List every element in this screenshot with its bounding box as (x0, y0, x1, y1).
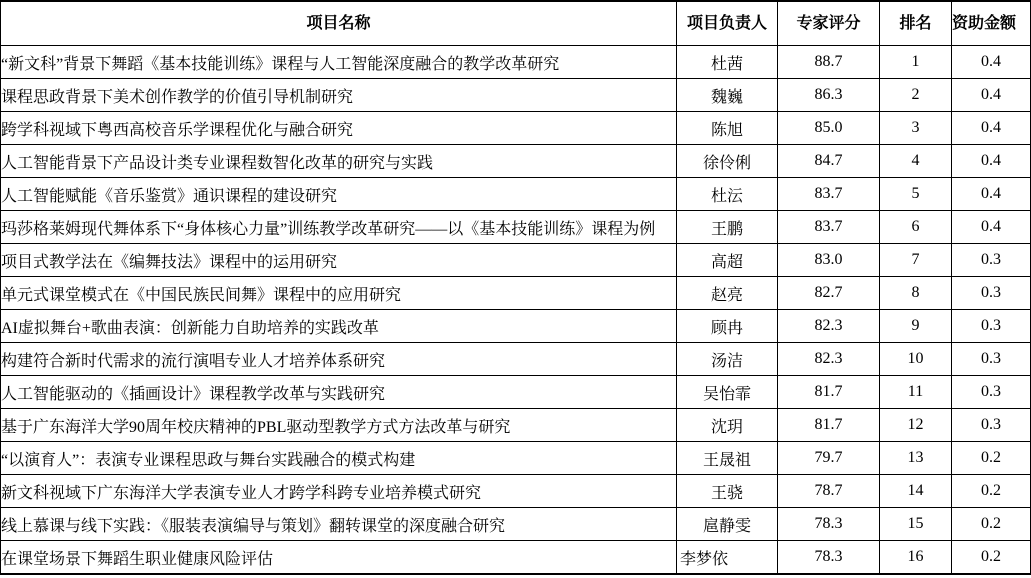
rank-cell: 12 (880, 409, 952, 442)
expert-score-cell: 84.7 (778, 145, 880, 178)
expert-score-cell: 78.7 (778, 475, 880, 508)
project-name-cell: AI虚拟舞台+歌曲表演：创新能力自助培养的实践改革 (1, 310, 677, 343)
project-leader-cell: 王骁 (677, 475, 778, 508)
expert-score-cell: 82.7 (778, 277, 880, 310)
table-row: 人工智能背景下产品设计类专业课程数智化改革的研究与实践 徐伶俐 84.7 4 0… (1, 145, 1031, 178)
funding-cell: 0.3 (952, 343, 1031, 376)
project-name-cell: 在课堂场景下舞蹈生职业健康风险评估 (1, 541, 677, 575)
table-row: “以演育人”：表演专业课程思政与舞台实践融合的模式构建 王晟祖 79.7 13 … (1, 442, 1031, 475)
funding-cell: 0.4 (952, 178, 1031, 211)
funding-cell: 0.2 (952, 508, 1031, 541)
project-name-cell: 跨学科视域下粤西高校音乐学课程优化与融合研究 (1, 112, 677, 145)
project-name-cell: 新文科视域下广东海洋大学表演专业人才跨学科跨专业培养模式研究 (1, 475, 677, 508)
table-row: 构建符合新时代需求的流行演唱专业人才培养体系研究 汤洁 82.3 10 0.3 (1, 343, 1031, 376)
project-leader-cell: 王鹏 (677, 211, 778, 244)
header-project-name: 项目名称 (1, 1, 677, 46)
expert-score-cell: 85.0 (778, 112, 880, 145)
rank-cell: 6 (880, 211, 952, 244)
project-name-cell: “新文科”背景下舞蹈《基本技能训练》课程与人工智能深度融合的教学改革研究 (1, 46, 677, 79)
project-leader-cell: 顾冉 (677, 310, 778, 343)
header-row: 项目名称 项目负责人 专家评分 排名 资助金额 （万元） (1, 1, 1031, 46)
funding-cell: 0.3 (952, 310, 1031, 343)
funding-cell: 0.4 (952, 112, 1031, 145)
project-name-cell: 单元式课堂模式在《中国民族民间舞》课程中的应用研究 (1, 277, 677, 310)
project-leader-cell: 沈玥 (677, 409, 778, 442)
project-leader-cell: 扈静雯 (677, 508, 778, 541)
table-row: 人工智能赋能《音乐鉴赏》通识课程的建设研究 杜沄 83.7 5 0.4 (1, 178, 1031, 211)
table-row: 跨学科视域下粤西高校音乐学课程优化与融合研究 陈旭 85.0 3 0.4 (1, 112, 1031, 145)
expert-score-cell: 79.7 (778, 442, 880, 475)
table-row: 人工智能驱动的《插画设计》课程教学改革与实践研究 吴怡霏 81.7 11 0.3 (1, 376, 1031, 409)
rank-cell: 8 (880, 277, 952, 310)
expert-score-cell: 81.7 (778, 376, 880, 409)
table-row: “新文科”背景下舞蹈《基本技能训练》课程与人工智能深度融合的教学改革研究 杜茜 … (1, 46, 1031, 79)
project-score-table: 项目名称 项目负责人 专家评分 排名 资助金额 （万元） “新文科”背景下舞蹈《… (0, 0, 1031, 575)
table-row: 玛莎格莱姆现代舞体系下“身体核心力量”训练教学改革研究——以《基本技能训练》课程… (1, 211, 1031, 244)
project-leader-cell: 杜沄 (677, 178, 778, 211)
project-name-cell: 课程思政背景下美术创作教学的价值引导机制研究 (1, 79, 677, 112)
table-row: 单元式课堂模式在《中国民族民间舞》课程中的应用研究 赵亮 82.7 8 0.3 (1, 277, 1031, 310)
expert-score-cell: 81.7 (778, 409, 880, 442)
rank-cell: 13 (880, 442, 952, 475)
project-leader-cell: 李梦依 (677, 541, 778, 575)
project-name-cell: 线上慕课与线下实践：《服装表演编导与策划》翻转课堂的深度融合研究 (1, 508, 677, 541)
header-project-leader: 项目负责人 (677, 1, 778, 46)
project-leader-cell: 魏巍 (677, 79, 778, 112)
funding-cell: 0.4 (952, 145, 1031, 178)
project-leader-cell: 高超 (677, 244, 778, 277)
funding-cell: 0.3 (952, 376, 1031, 409)
rank-cell: 5 (880, 178, 952, 211)
project-name-cell: 人工智能驱动的《插画设计》课程教学改革与实践研究 (1, 376, 677, 409)
header-rank: 排名 (880, 1, 952, 46)
rank-cell: 11 (880, 376, 952, 409)
project-leader-cell: 王晟祖 (677, 442, 778, 475)
project-leader-cell: 陈旭 (677, 112, 778, 145)
expert-score-cell: 88.7 (778, 46, 880, 79)
rank-cell: 1 (880, 46, 952, 79)
project-name-cell: “以演育人”：表演专业课程思政与舞台实践融合的模式构建 (1, 442, 677, 475)
table-header: 项目名称 项目负责人 专家评分 排名 资助金额 （万元） (1, 1, 1031, 46)
table-body: “新文科”背景下舞蹈《基本技能训练》课程与人工智能深度融合的教学改革研究 杜茜 … (1, 46, 1031, 575)
rank-cell: 7 (880, 244, 952, 277)
table-row: 课程思政背景下美术创作教学的价值引导机制研究 魏巍 86.3 2 0.4 (1, 79, 1031, 112)
expert-score-cell: 82.3 (778, 343, 880, 376)
rank-cell: 15 (880, 508, 952, 541)
funding-cell: 0.4 (952, 211, 1031, 244)
project-name-cell: 人工智能背景下产品设计类专业课程数智化改革的研究与实践 (1, 145, 677, 178)
project-name-cell: 构建符合新时代需求的流行演唱专业人才培养体系研究 (1, 343, 677, 376)
expert-score-cell: 83.0 (778, 244, 880, 277)
rank-cell: 16 (880, 541, 952, 575)
funding-cell: 0.3 (952, 244, 1031, 277)
table-row: 基于广东海洋大学90周年校庆精神的PBL驱动型教学方式方法改革与研究 沈玥 81… (1, 409, 1031, 442)
rank-cell: 2 (880, 79, 952, 112)
rank-cell: 4 (880, 145, 952, 178)
expert-score-cell: 82.3 (778, 310, 880, 343)
project-leader-cell: 吴怡霏 (677, 376, 778, 409)
funding-cell: 0.3 (952, 409, 1031, 442)
rank-cell: 10 (880, 343, 952, 376)
table-row: 项目式教学法在《编舞技法》课程中的运用研究 高超 83.0 7 0.3 (1, 244, 1031, 277)
rank-cell: 3 (880, 112, 952, 145)
table-row: 新文科视域下广东海洋大学表演专业人才跨学科跨专业培养模式研究 王骁 78.7 1… (1, 475, 1031, 508)
rank-cell: 14 (880, 475, 952, 508)
project-name-cell: 项目式教学法在《编舞技法》课程中的运用研究 (1, 244, 677, 277)
project-name-cell: 玛莎格莱姆现代舞体系下“身体核心力量”训练教学改革研究——以《基本技能训练》课程… (1, 211, 677, 244)
table-row: 在课堂场景下舞蹈生职业健康风险评估 李梦依 78.3 16 0.2 (1, 541, 1031, 575)
header-expert-score: 专家评分 (778, 1, 880, 46)
funding-cell: 0.3 (952, 277, 1031, 310)
funding-cell: 0.4 (952, 79, 1031, 112)
expert-score-cell: 86.3 (778, 79, 880, 112)
table-row: AI虚拟舞台+歌曲表演：创新能力自助培养的实践改革 顾冉 82.3 9 0.3 (1, 310, 1031, 343)
expert-score-cell: 78.3 (778, 508, 880, 541)
expert-score-cell: 83.7 (778, 178, 880, 211)
project-leader-cell: 赵亮 (677, 277, 778, 310)
table-row: 线上慕课与线下实践：《服装表演编导与策划》翻转课堂的深度融合研究 扈静雯 78.… (1, 508, 1031, 541)
funding-cell: 0.2 (952, 541, 1031, 575)
header-funding-amount: 资助金额 （万元） (952, 1, 1031, 46)
expert-score-cell: 78.3 (778, 541, 880, 575)
project-leader-cell: 杜茜 (677, 46, 778, 79)
funding-cell: 0.2 (952, 442, 1031, 475)
project-leader-cell: 徐伶俐 (677, 145, 778, 178)
expert-score-cell: 83.7 (778, 211, 880, 244)
project-leader-cell: 汤洁 (677, 343, 778, 376)
project-name-cell: 人工智能赋能《音乐鉴赏》通识课程的建设研究 (1, 178, 677, 211)
project-name-cell: 基于广东海洋大学90周年校庆精神的PBL驱动型教学方式方法改革与研究 (1, 409, 677, 442)
rank-cell: 9 (880, 310, 952, 343)
funding-cell: 0.4 (952, 46, 1031, 79)
funding-cell: 0.2 (952, 475, 1031, 508)
